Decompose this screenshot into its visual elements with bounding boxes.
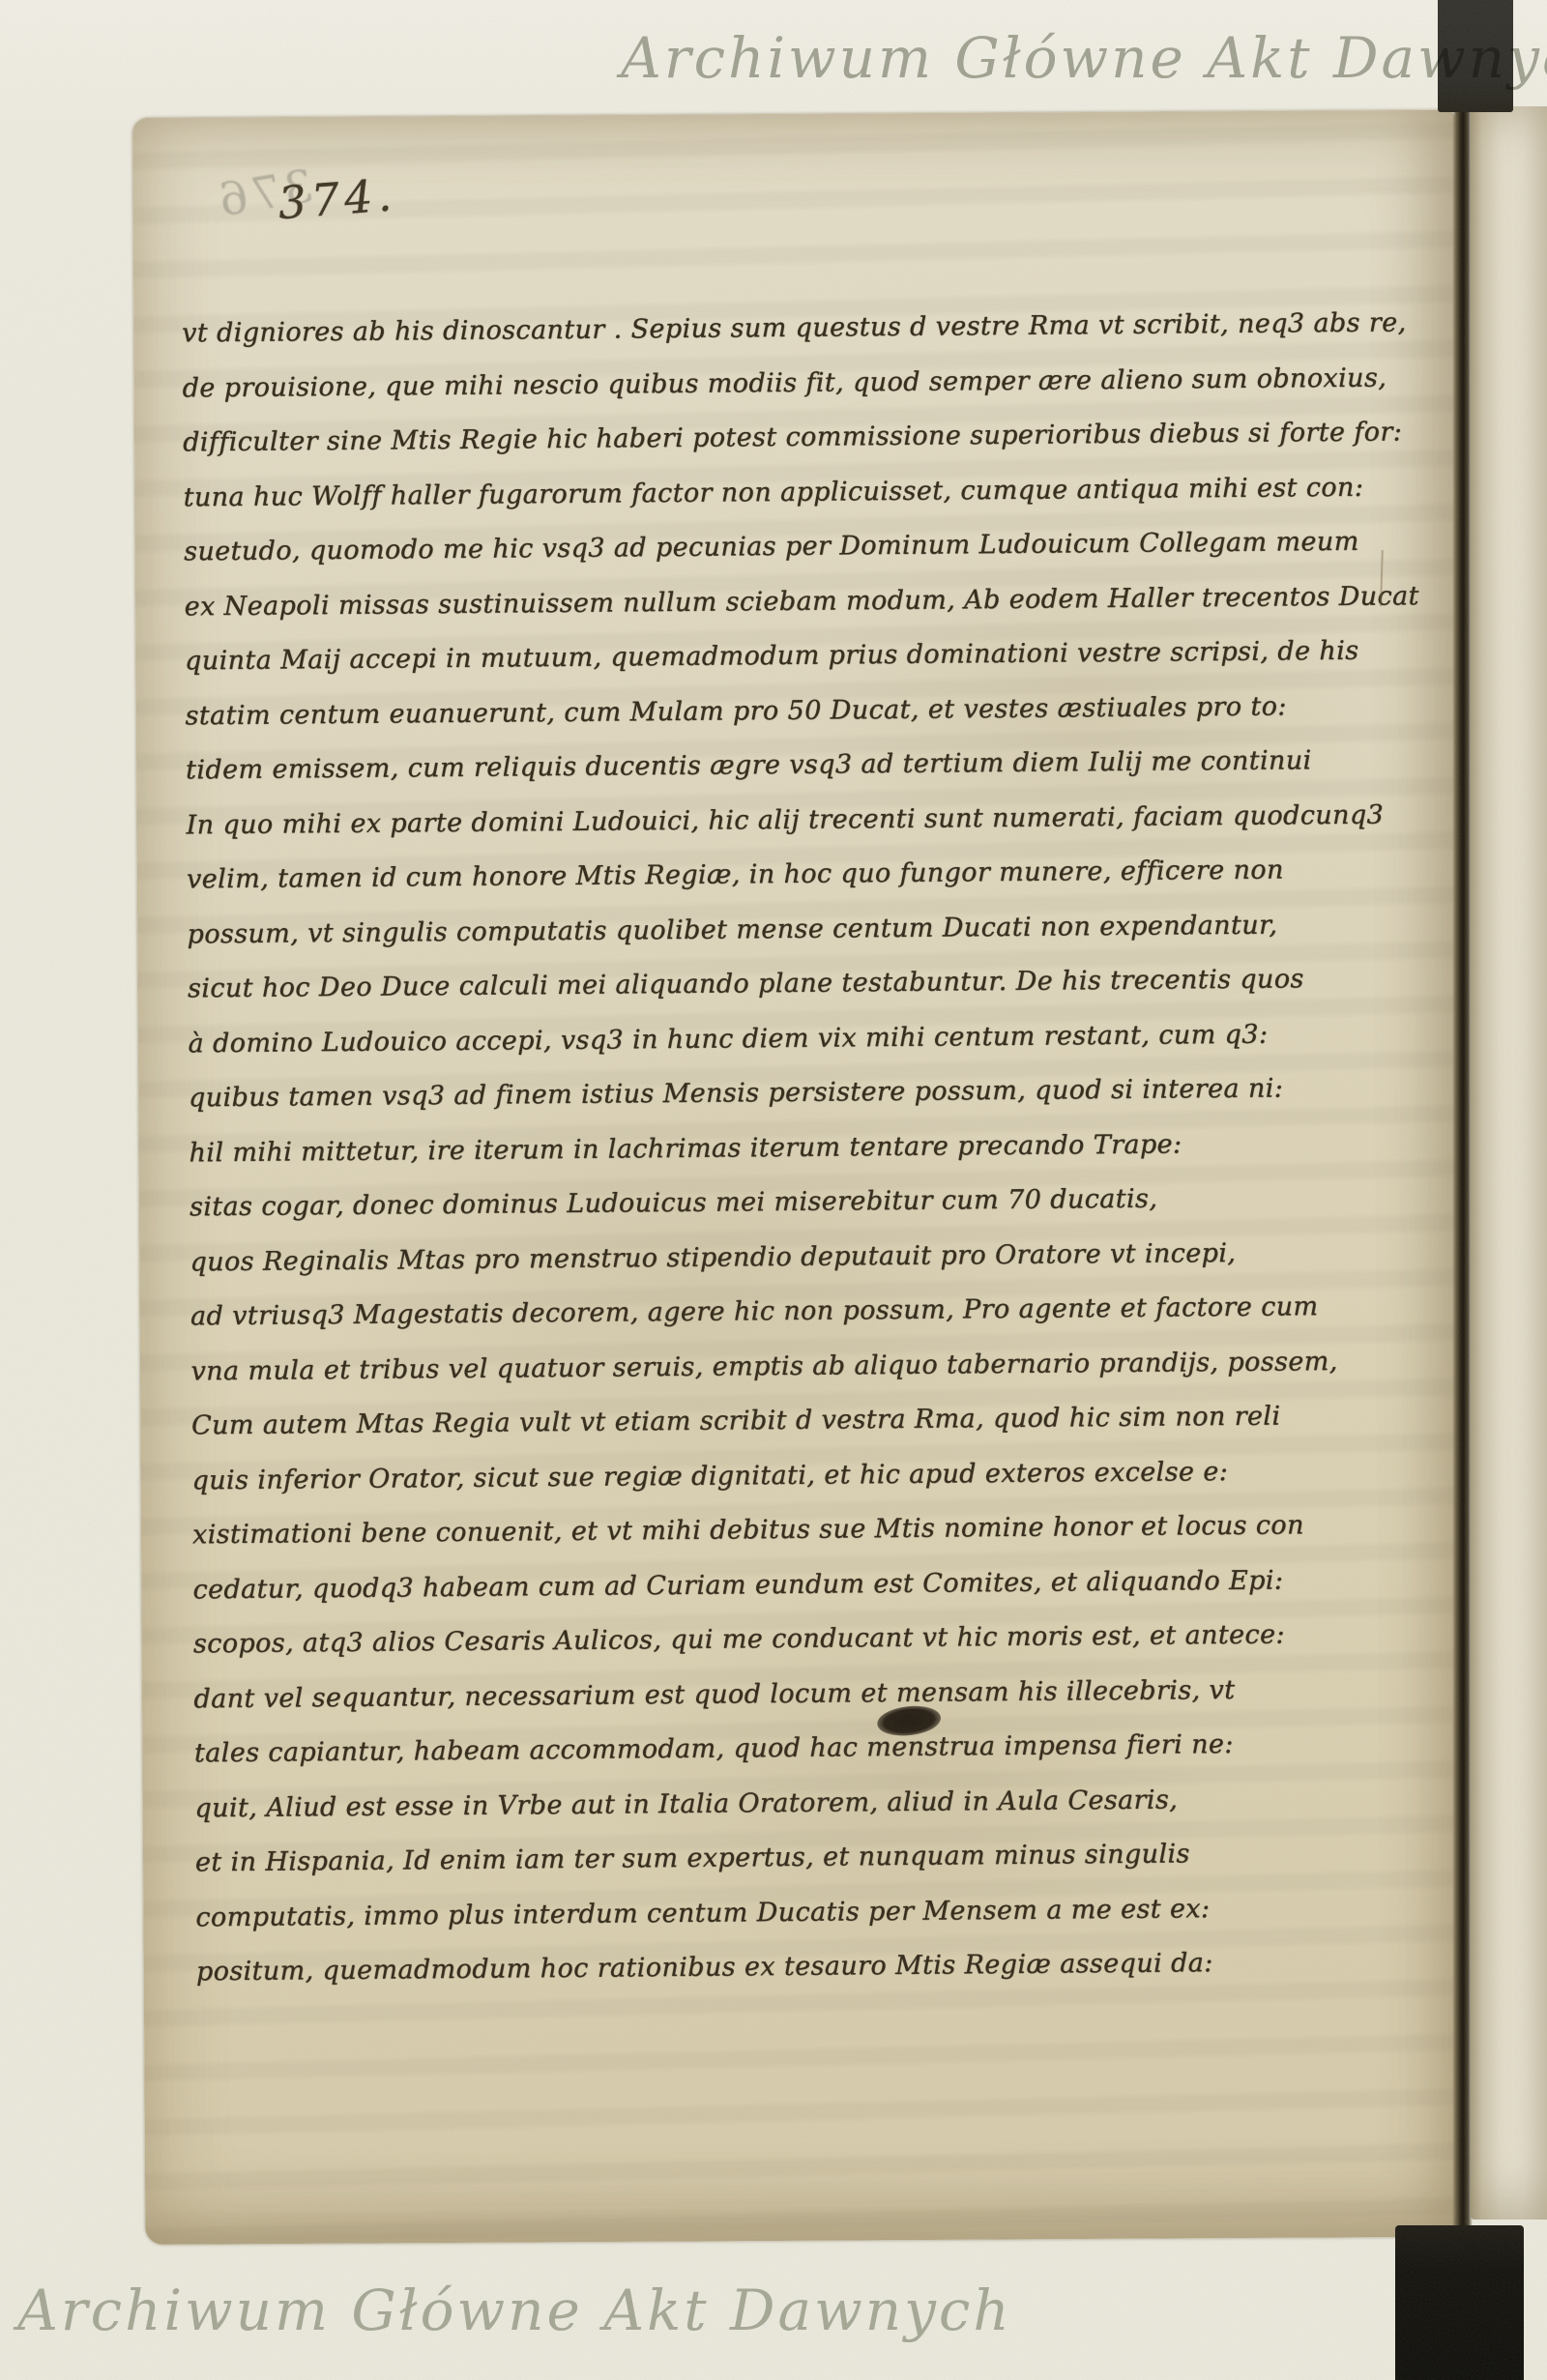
manuscript-line: ad vtriusq3 Magestatis decorem, agere hi… (190, 1279, 1447, 1345)
archive-watermark-top: Archiwum Główne Akt Dawnych (621, 25, 1547, 91)
archive-watermark-bottom: Archiwum Główne Akt Dawnych (17, 2278, 1012, 2343)
book-gutter (1452, 108, 1473, 2235)
manuscript-line: quibus tamen vsq3 ad finem istius Mensis… (189, 1060, 1445, 1126)
manuscript-line: scopos, atq3 alios Cesaris Aulicos, qui … (193, 1607, 1450, 1672)
manuscript-line: positum, quemadmodum hoc rationibus ex t… (196, 1934, 1453, 2000)
binding-strip-top (1438, 0, 1513, 112)
manuscript-page: 376 374. vt digniores ab his dinoscantur… (132, 110, 1468, 2245)
manuscript-line: xistimationi bene conuenit, et vt mihi d… (192, 1497, 1449, 1563)
binding-strip-bottom (1395, 2225, 1524, 2380)
page-number: 374. (277, 168, 398, 229)
facing-page-edge (1471, 106, 1547, 2220)
manuscript-line: Cum autem Mtas Regia vult vt etiam scrib… (191, 1388, 1448, 1454)
manuscript-scan: 376 374. vt digniores ab his dinoscantur… (0, 0, 1547, 2380)
manuscript-line: vt digniores ab his dinoscantur . Sepius… (182, 296, 1439, 362)
manuscript-line: suetudo, quomodo me hic vsq3 ad pecunias… (184, 514, 1441, 580)
manuscript-line: difficulter sine Mtis Regie hic haberi p… (183, 405, 1440, 471)
manuscript-line: sicut hoc Deo Duce calculi mei aliquando… (188, 951, 1445, 1017)
manuscript-line: tidem emissem, cum reliquis ducentis ægr… (186, 733, 1443, 798)
manuscript-text: vt digniores ab his dinoscantur . Sepius… (182, 296, 1453, 2000)
manuscript-line: velim, tamen id cum honore Mtis Regiæ, i… (187, 842, 1444, 908)
manuscript-line: quinta Maij accepi in mutuum, quemadmodu… (185, 624, 1442, 689)
